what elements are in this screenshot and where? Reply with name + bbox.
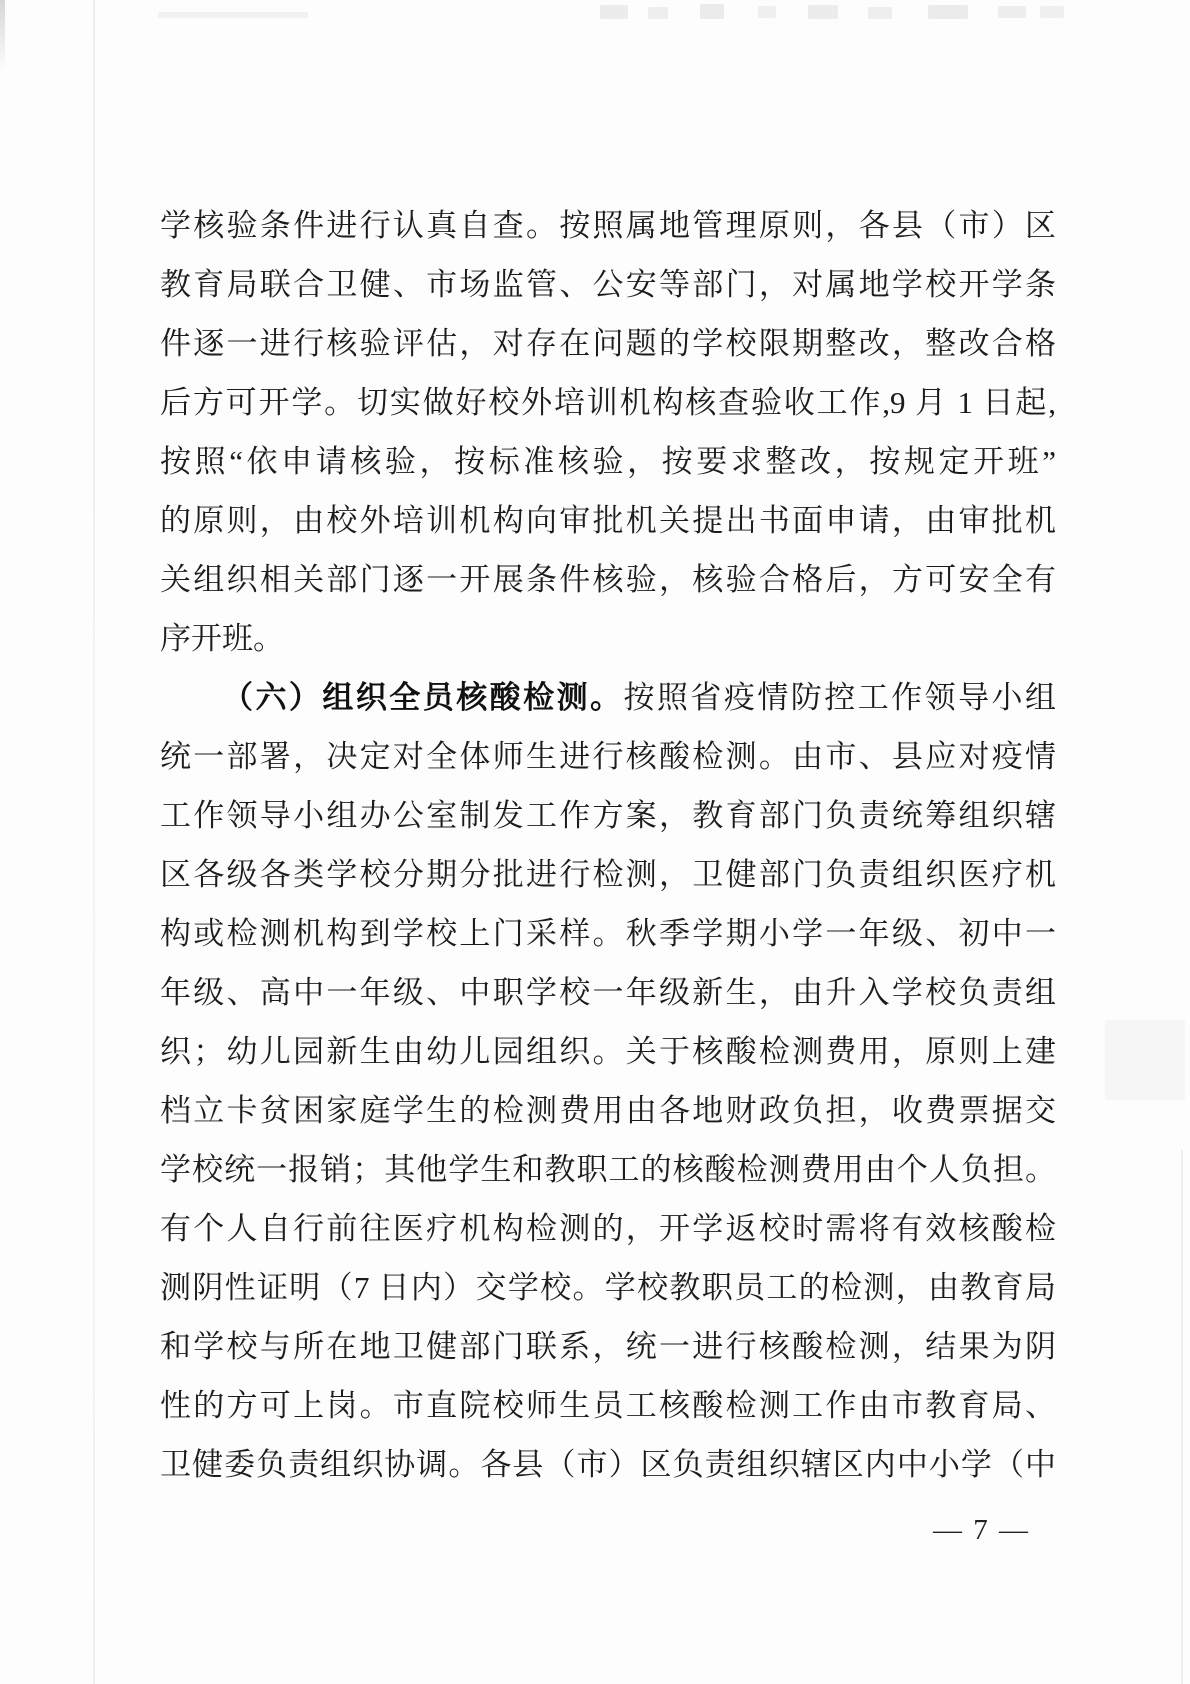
- scan-artifact: [648, 7, 668, 19]
- text-line: 有个人自行前往医疗机构检测的，开学返校时需将有效核酸检: [160, 1199, 1056, 1258]
- text-line: 教育局联合卫健、市场监管、公安等部门，对属地学校开学条: [160, 255, 1056, 314]
- document-page: 学核验条件进行认真自查。按照属地管理原则，各县（市）区教育局联合卫健、市场监管、…: [0, 0, 1190, 1684]
- section-heading: （六）组织全员核酸检测。: [222, 680, 624, 715]
- text-line: 织；幼儿园新生由幼儿园组织。关于核酸检测费用，原则上建: [160, 1022, 1056, 1081]
- body-text: 学核验条件进行认真自查。按照属地管理原则，各县（市）区教育局联合卫健、市场监管、…: [160, 196, 1056, 1494]
- scan-corner-mark: [0, 0, 5, 70]
- text-line: 学核验条件进行认真自查。按照属地管理原则，各县（市）区: [160, 196, 1056, 255]
- scan-artifact: [1105, 1020, 1185, 1100]
- scan-artifact: [868, 7, 892, 19]
- scan-artifact: [158, 12, 308, 18]
- text-line: 年级、高中一年级、中职学校一年级新生，由升入学校负责组: [160, 963, 1056, 1022]
- text-line: 统一部署，决定对全体师生进行核酸检测。由市、县应对疫情: [160, 727, 1056, 786]
- scan-artifact: [700, 4, 724, 19]
- text-line: 构或检测机构到学校上门采样。秋季学期小学一年级、初中一: [160, 904, 1056, 963]
- paragraph-start-line: （六）组织全员核酸检测。按照省疫情防控工作领导小组: [160, 668, 1056, 727]
- text-line: 性的方可上岗。市直院校师生员工核酸检测工作由市教育局、: [160, 1376, 1056, 1435]
- text-line: 后方可开学。切实做好校外培训机构核查验收工作,9 月 1 日起,: [160, 373, 1056, 432]
- page-number: — 7 —: [933, 1514, 1030, 1547]
- scan-artifact: [758, 6, 776, 18]
- text-line: 件逐一进行核验评估，对存在问题的学校限期整改，整改合格: [160, 314, 1056, 373]
- text-line: 档立卡贫困家庭学生的检测费用由各地财政负担，收费票据交: [160, 1081, 1056, 1140]
- text-line: 卫健委负责组织协调。各县（市）区负责组织辖区内中小学（中: [160, 1435, 1056, 1494]
- text-line: 序开班。: [160, 609, 1056, 668]
- text-line: 区各级各类学校分期分批进行检测，卫健部门负责组织医疗机: [160, 845, 1056, 904]
- text-line: 按照“依申请核验，按标准核验，按要求整改，按规定开班”: [160, 432, 1056, 491]
- scan-artifact: [808, 5, 838, 19]
- text-line: 测阴性证明（7 日内）交学校。学校教职员工的检测，由教育局: [160, 1258, 1056, 1317]
- text-line: 和学校与所在地卫健部门联系，统一进行核酸检测，结果为阴: [160, 1317, 1056, 1376]
- scan-artifact: [998, 6, 1026, 18]
- scan-artifact: [600, 5, 628, 19]
- scan-artifact: [1040, 6, 1064, 18]
- scan-edge-shadow: [1181, 1150, 1183, 1684]
- scan-fold-line: [93, 0, 95, 1684]
- text-line: 学校统一报销；其他学生和教职工的核酸检测费用由个人负担。: [160, 1140, 1056, 1199]
- text-line: 工作领导小组办公室制发工作方案，教育部门负责统筹组织辖: [160, 786, 1056, 845]
- scan-artifact: [928, 5, 968, 19]
- text-line: 关组织相关部门逐一开展条件核验，核验合格后，方可安全有: [160, 550, 1056, 609]
- text-line: 的原则，由校外培训机构向审批机关提出书面申请，由审批机: [160, 491, 1056, 550]
